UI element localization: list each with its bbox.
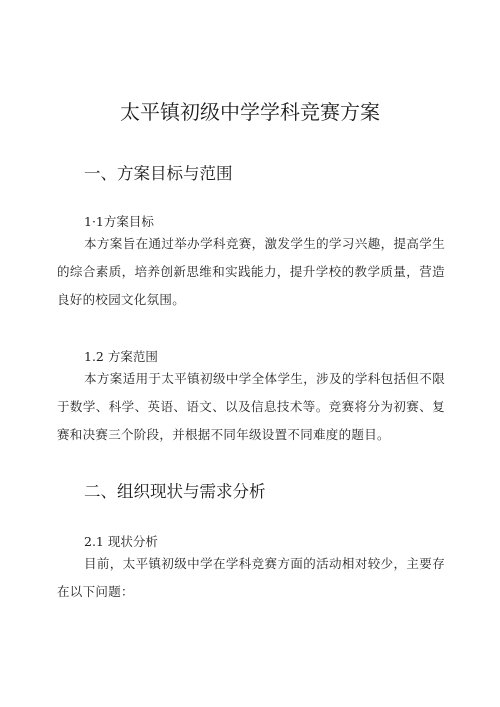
document-title: 太平镇初级中学学科竞赛方案: [0, 96, 500, 125]
subsection-heading-1-1: 1·1方案目标: [84, 212, 154, 230]
paragraph-1-2: 本方案适用于太平镇初级中学全体学生，涉及的学科包括但不限于数学、科学、英语、语文…: [57, 365, 445, 449]
section-heading-1: 一、方案目标与范围: [84, 160, 233, 184]
paragraph-2-1: 目前，太平镇初级中学在学科竞赛方面的活动相对较少，主要存在以下问题：: [57, 550, 445, 606]
paragraph-1-1: 本方案旨在通过举办学科竞赛，激发学生的学习兴趣，提高学生的综合素质，培养创新思维…: [57, 230, 445, 314]
subsection-heading-2-1: 2.1 现状分析: [84, 532, 158, 550]
section-heading-2: 二、组织现状与需求分析: [84, 478, 266, 502]
subsection-heading-1-2: 1.2 方案范围: [84, 347, 158, 365]
